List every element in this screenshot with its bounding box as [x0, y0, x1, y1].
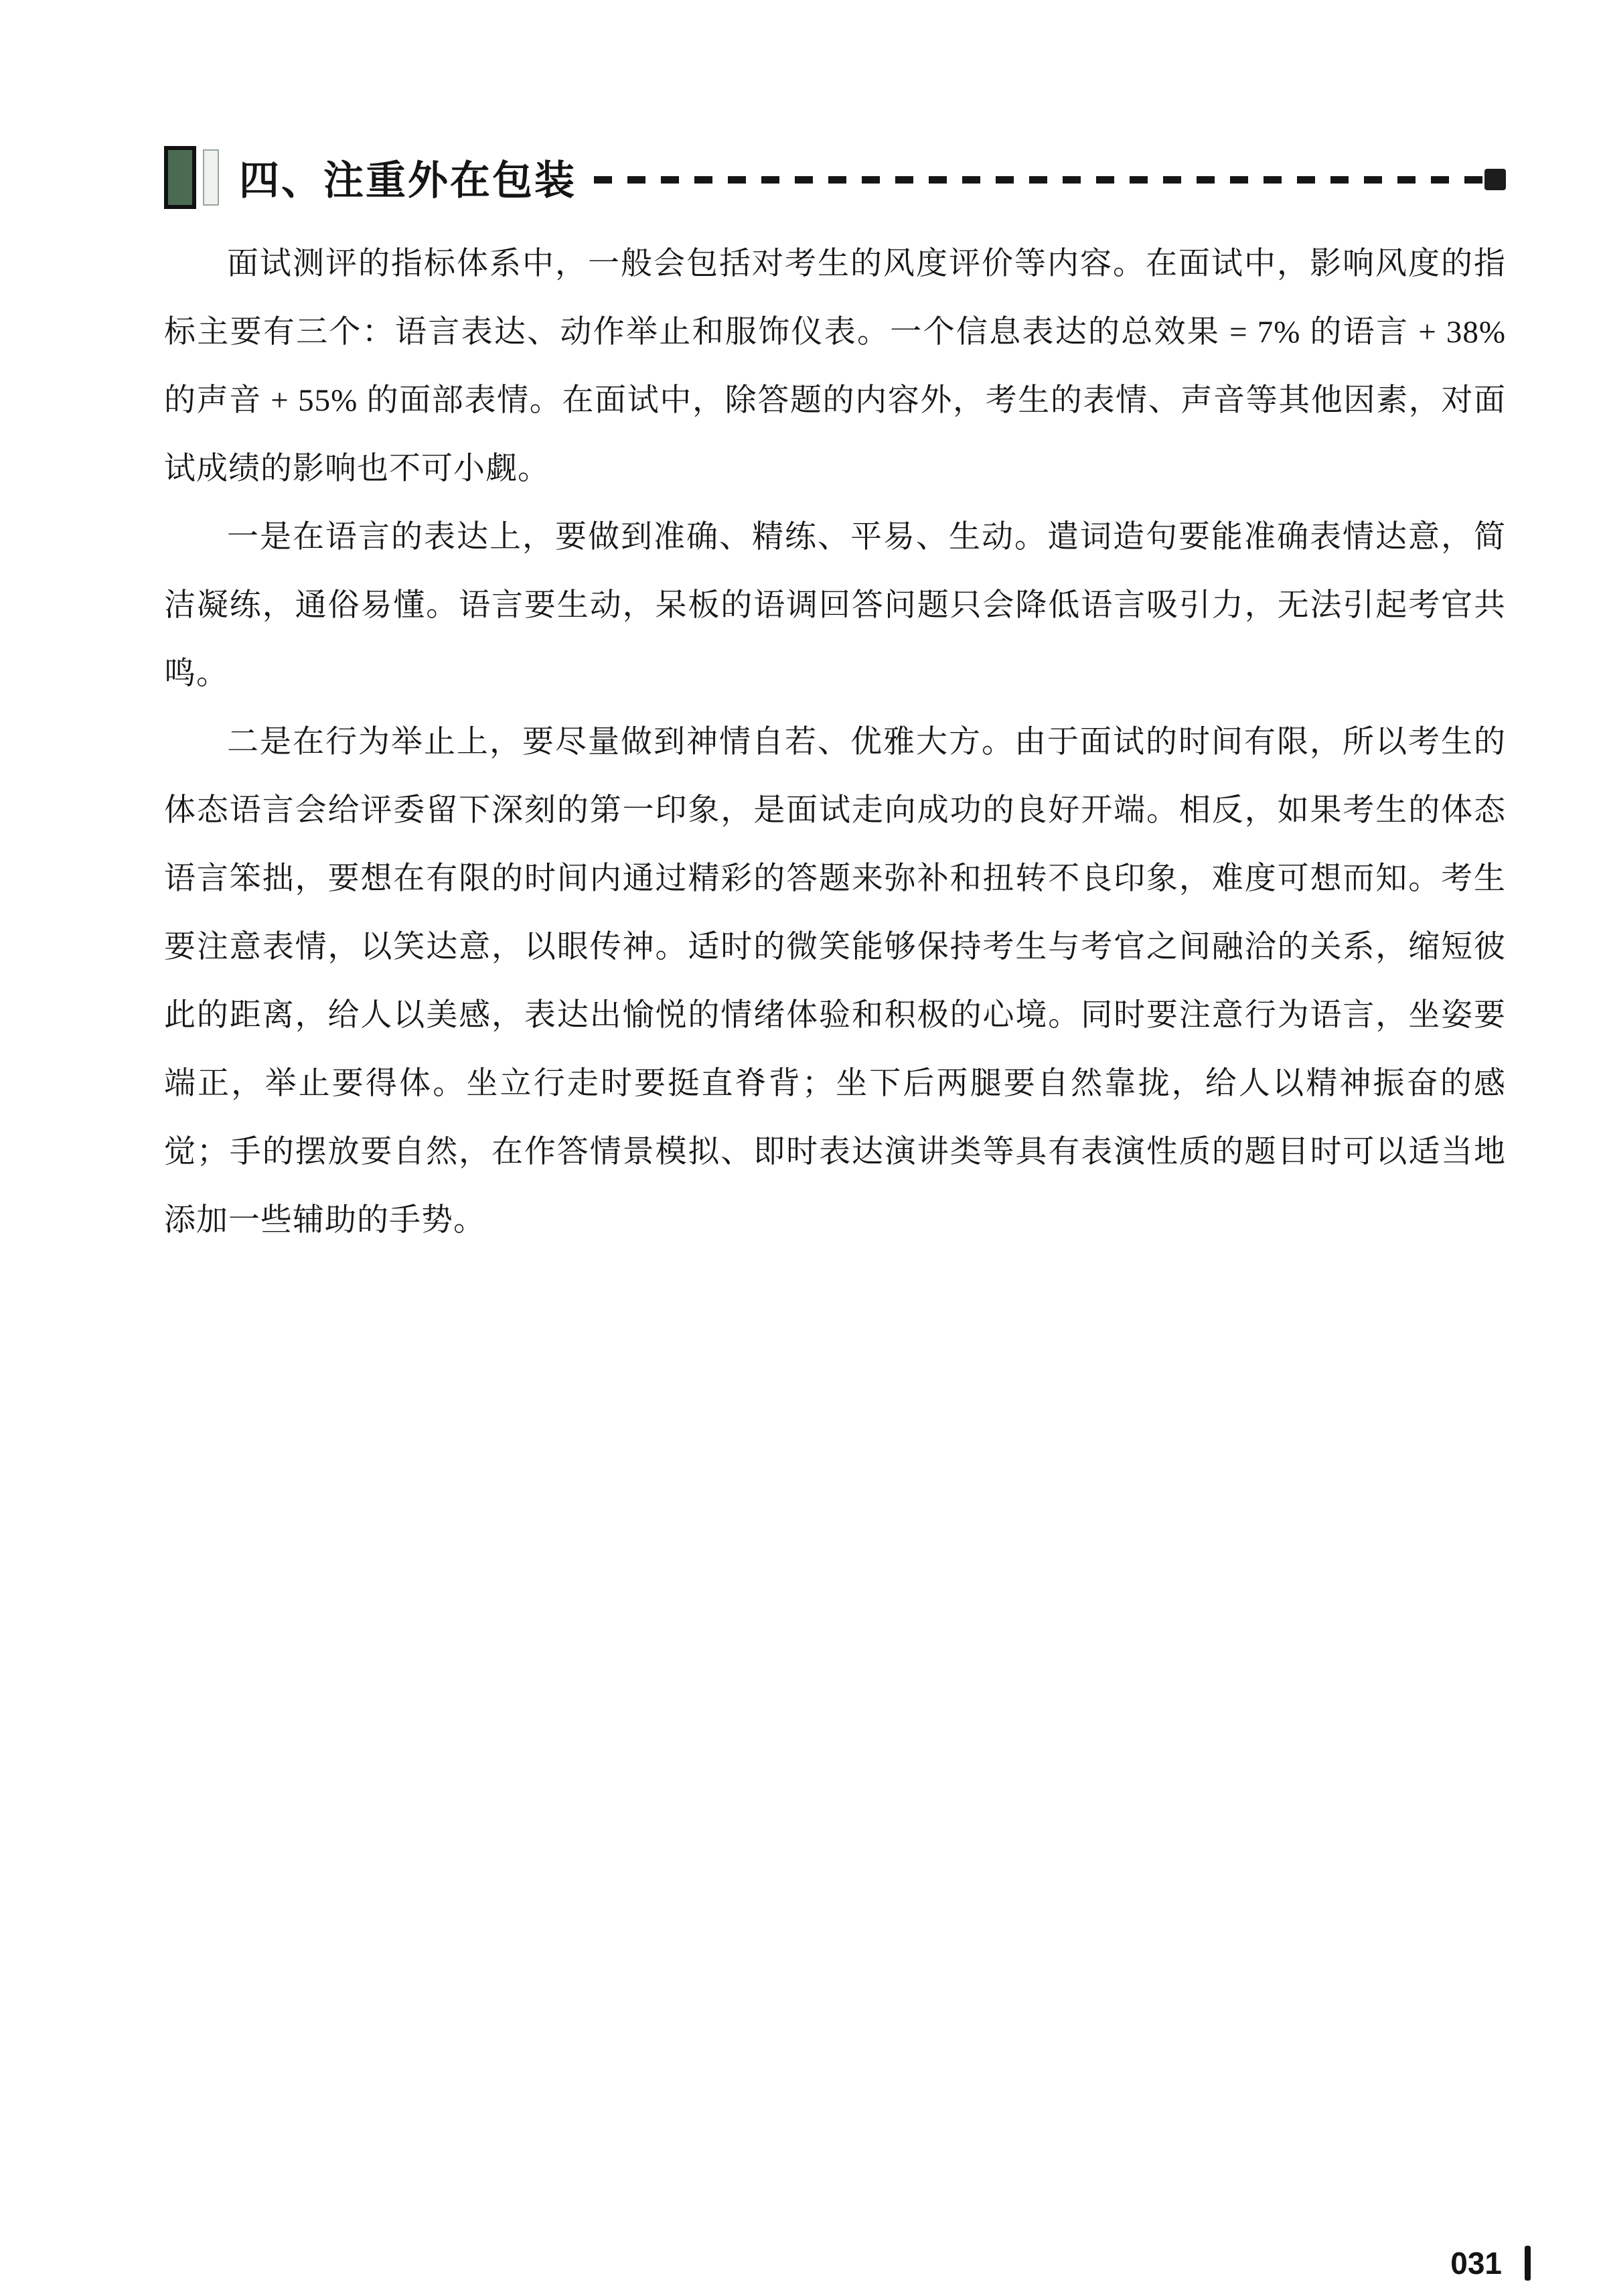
document-page: 四、注重外在包装 面试测评的指标体系中，一般会包括对考生的风度评价等内容。在面试…	[0, 0, 1603, 2296]
paragraph-2: 一是在语言的表达上，要做到准确、精练、平易、生动。遣词造句要能准确表情达意，简洁…	[164, 503, 1506, 708]
section-header: 四、注重外在包装	[164, 144, 1506, 211]
body-text: 面试测评的指标体系中，一般会包括对考生的风度评价等内容。在面试中，影响风度的指标…	[164, 230, 1506, 1254]
page-footer: 031	[1450, 2245, 1531, 2281]
dashed-rule-end-square-icon	[1484, 169, 1506, 190]
paragraph-3: 二是在行为举止上，要尽量做到神情自若、优雅大方。由于面试的时间有限，所以考生的体…	[164, 708, 1506, 1254]
page-number: 031	[1450, 2245, 1502, 2281]
section-marker-light-icon	[203, 149, 219, 206]
section-title: 四、注重外在包装	[239, 149, 577, 206]
page-number-divider	[1525, 2246, 1531, 2281]
dashed-rule	[594, 176, 1483, 184]
paragraph-1: 面试测评的指标体系中，一般会包括对考生的风度评价等内容。在面试中，影响风度的指标…	[164, 230, 1506, 503]
section-marker-icon	[164, 146, 196, 209]
